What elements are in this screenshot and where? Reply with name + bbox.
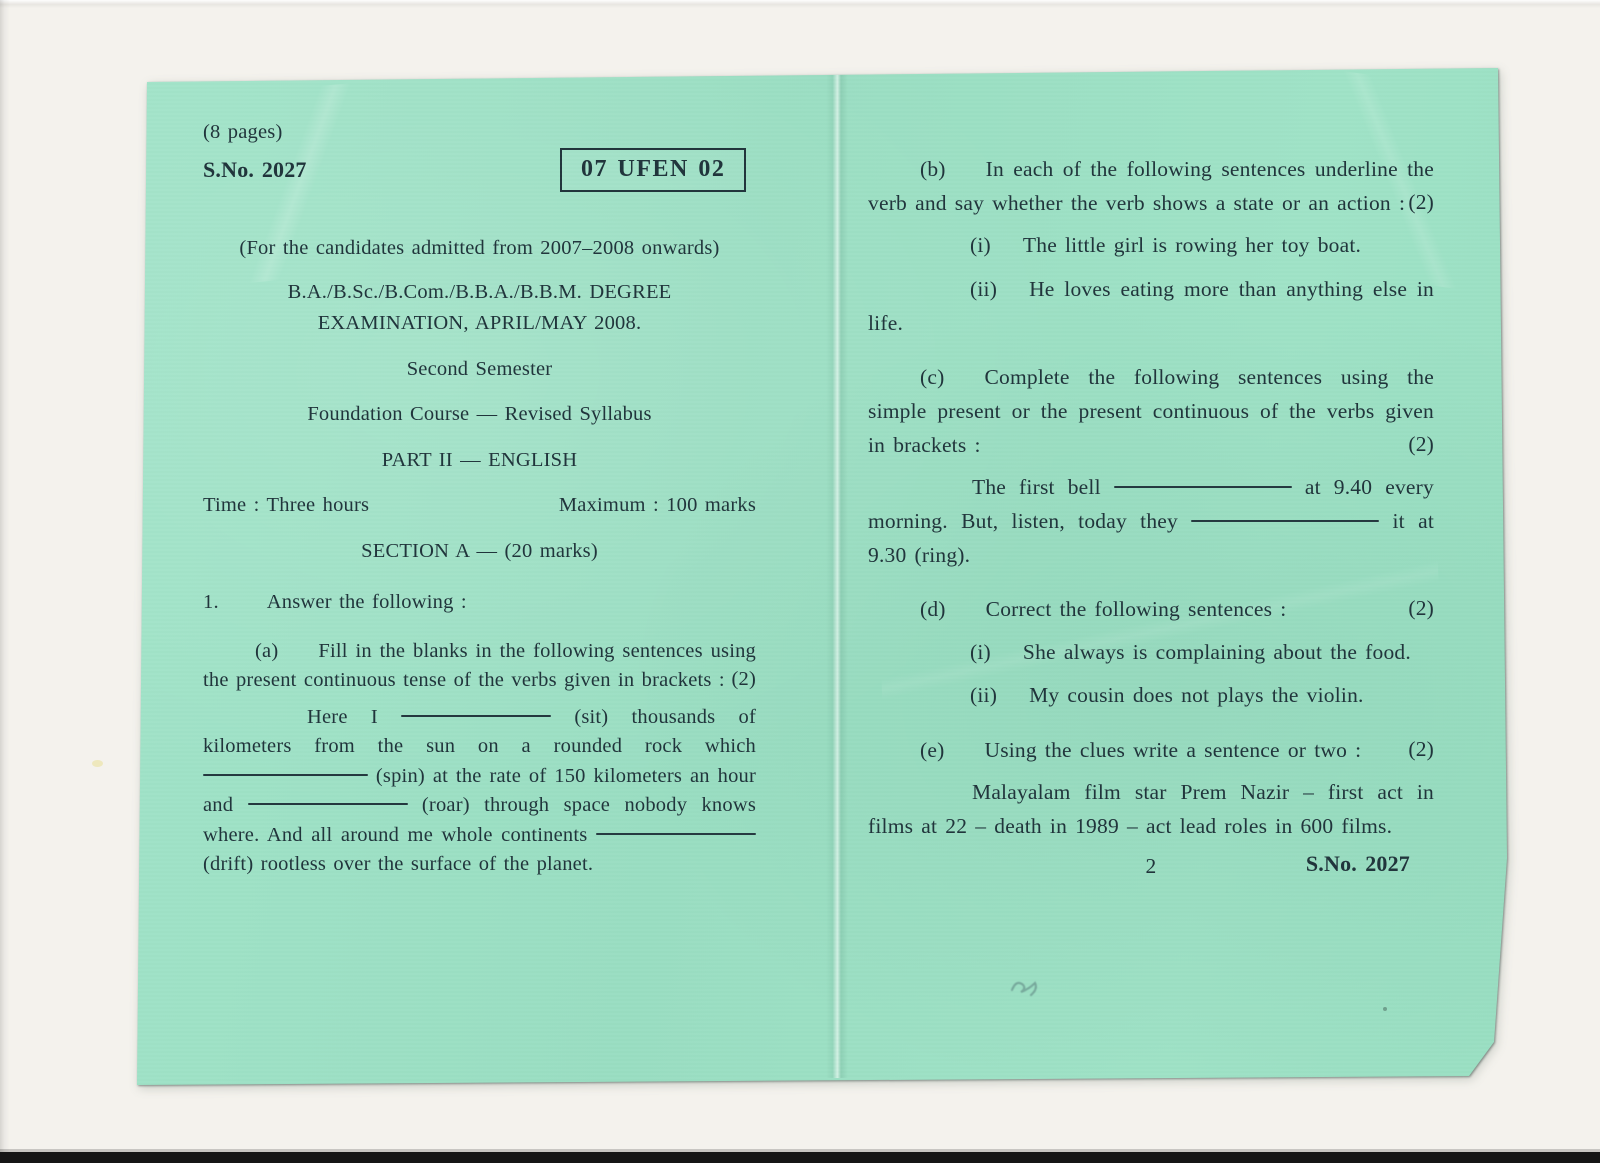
course-heading: Foundation Course — Revised Syllabus (203, 400, 756, 430)
passage-a-text: (sit) thousands of kilometers from the s… (203, 706, 756, 758)
page-footer: 2 S.No. 2027 (868, 849, 1434, 885)
ink-dot (1383, 1007, 1387, 1011)
passage-a-text: (drift) rootless over the surface of the… (203, 853, 593, 875)
exam-code: 07 UFEN 02 (581, 156, 725, 182)
question-1e-label: (e) (920, 738, 944, 762)
question-1c-text: Complete the following sentences using t… (868, 365, 1434, 457)
semester-heading: Second Semester (203, 355, 756, 385)
question-1e-text: Using the clues write a sentence or two … (944, 738, 1361, 762)
question-1d-marks: (2) (1356, 591, 1434, 625)
question-1c-marks: (2) (1356, 427, 1434, 461)
item-number: (i) (970, 233, 991, 257)
blank-line (1191, 520, 1379, 522)
question-1: 1.Answer the following : (203, 588, 756, 618)
question-1b-label: (b) (920, 157, 946, 181)
exam-paper-sheet: (8 pages) S.No. 2027 07 UFEN 02 (For the… (0, 0, 1600, 1163)
blank-line (248, 803, 408, 805)
pages-count-note: (8 pages) (203, 118, 756, 148)
question-1d-text: Correct the following sentences : (946, 597, 1287, 621)
passage-c-text: at 9.40 every morning. But, listen, toda… (868, 475, 1434, 533)
blank-line (203, 774, 368, 776)
passage-a-text: (roar) through space nobody knows where.… (203, 794, 756, 846)
item-text: My cousin does not plays the violin. (997, 683, 1364, 707)
item-number: (ii) (970, 683, 997, 707)
clues-passage: Malayalam film star Prem Nazir – first a… (868, 775, 1434, 843)
question-1c: (c)Complete the following sentences usin… (868, 360, 1434, 462)
question-1d: (d)Correct the following sentences : (2) (868, 592, 1434, 626)
section-heading: SECTION A — (20 marks) (203, 537, 756, 567)
time-marks-row: Time : Three hours Maximum : 100 marks (203, 491, 756, 521)
paper-shadow-wrap: (8 pages) S.No. 2027 07 UFEN 02 (For the… (0, 0, 1600, 1163)
time-allowed: Time : Three hours (203, 491, 369, 521)
question-1a-label: (a) (255, 640, 278, 662)
question-1b: (b)In each of the following sentences un… (868, 152, 1434, 220)
question-1-number: 1. (203, 591, 219, 613)
question-1-text: Answer the following : (267, 591, 467, 613)
blank-line (596, 833, 756, 835)
passage-a-text: Here I (307, 706, 378, 728)
item-b-i: (i)The little girl is rowing her toy boa… (868, 228, 1434, 262)
item-text: She always is complaining about the food… (991, 640, 1411, 664)
passage-c: The first bell at 9.40 every morning. Bu… (868, 470, 1434, 572)
exam-code-box: 07 UFEN 02 (560, 148, 746, 192)
blank-line (401, 715, 551, 717)
item-number: (ii) (970, 277, 997, 301)
item-b-ii: (ii)He loves eating more than anything e… (868, 272, 1434, 340)
question-1d-label: (d) (920, 597, 946, 621)
right-page: (b)In each of the following sentences un… (868, 152, 1434, 885)
blank-line (1114, 486, 1292, 488)
left-page: (8 pages) S.No. 2027 07 UFEN 02 (For the… (203, 118, 756, 880)
part-heading: PART II — ENGLISH (203, 446, 756, 476)
question-1b-marks: (2) (1356, 185, 1434, 219)
center-fold-crease (826, 66, 848, 1078)
footer-serial-number: S.No. 2027 (1306, 847, 1410, 881)
scanner-edge-bar (0, 1152, 1600, 1163)
item-d-i: (i)She always is complaining about the f… (868, 635, 1434, 669)
question-1c-label: (c) (920, 365, 944, 389)
item-text: The little girl is rowing her toy boat. (991, 233, 1361, 257)
passage-c-text: The first bell (972, 475, 1101, 499)
item-d-ii: (ii)My cousin does not plays the violin. (868, 678, 1434, 712)
max-marks: Maximum : 100 marks (559, 491, 756, 521)
scanned-exam-booklet: (8 pages) S.No. 2027 07 UFEN 02 (For the… (0, 0, 1600, 1163)
ink-smudge (1006, 972, 1046, 1000)
item-number: (i) (970, 640, 991, 664)
question-1a-marks: (2) (679, 665, 756, 695)
degree-title: B.A./B.Sc./B.Com./B.B.A./B.B.M. DEGREE (203, 277, 756, 308)
question-1e: (e)Using the clues write a sentence or t… (868, 733, 1434, 767)
question-1e-marks: (2) (1356, 732, 1434, 766)
item-text: He loves eating more than anything else … (868, 277, 1434, 335)
question-1a-text: Fill in the blanks in the following sent… (203, 640, 756, 692)
passage-a: Here I (sit) thousands of kilometers fro… (203, 703, 756, 880)
exam-session: EXAMINATION, APRIL/MAY 2008. (203, 308, 756, 339)
admission-note: (For the candidates admitted from 2007–2… (203, 234, 756, 264)
question-1a: (a)Fill in the blanks in the following s… (203, 637, 756, 696)
question-1b-text: In each of the following sentences under… (868, 157, 1434, 215)
